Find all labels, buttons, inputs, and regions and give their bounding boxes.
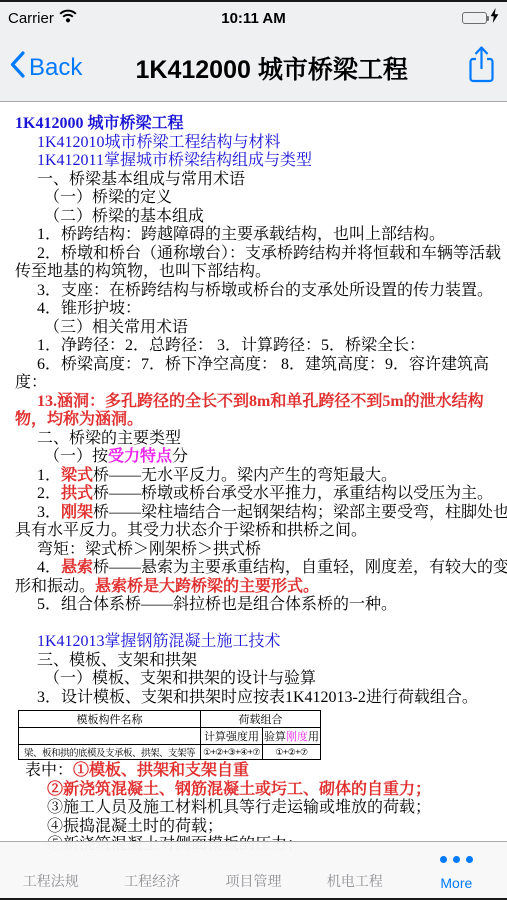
- table-cell-stiffness-combo: ①+②+⑦: [263, 745, 321, 760]
- content-line: 物，均称为涵洞。: [0, 411, 507, 430]
- share-icon: [466, 45, 497, 90]
- wifi-icon: [59, 9, 77, 28]
- tab-label: More: [440, 875, 472, 891]
- content-line: 具有水平反力。其受力状态介于梁桥和拱桥之间。: [0, 522, 507, 541]
- carrier-label: Carrier: [8, 10, 54, 27]
- tab-project-management[interactable]: 项目管理: [203, 842, 304, 898]
- navigation-bar: Back 1K412000 城市桥梁工程: [0, 34, 507, 102]
- content-line: 1K412013掌握钢筋混凝土施工技术: [0, 633, 507, 652]
- content-line: （二）桥梁的基本组成: [0, 208, 507, 227]
- tab-engineering-economics[interactable]: 工程经济: [101, 842, 202, 898]
- load-combination-table: 模板构件名称 荷载组合 计算强度用 验算刚度用 梁、板和拱的底模及支承板、拱架、…: [18, 710, 321, 760]
- app-screen: Carrier 10:11 AM: [0, 0, 507, 900]
- content-line: 表中：①模板、拱架和支架自重: [0, 762, 507, 781]
- table-cell-strength-combo: ①+②+③+④+⑦: [201, 745, 263, 760]
- content-line: 3．设计模板、支架和拱架时应按表1K412013-2进行荷载组合。: [0, 689, 507, 708]
- content-line: （一）桥梁的定义: [0, 189, 507, 208]
- content-line: 弯矩：梁式桥＞刚架桥＞拱式桥: [0, 541, 507, 560]
- content-line: 4．锥形护坡：: [0, 300, 507, 319]
- page-title: 1K412000 城市桥梁工程: [82, 50, 461, 86]
- document-scroll-view[interactable]: 1K412000 城市桥梁工程1K412010城市桥梁工程结构与材料1K4120…: [0, 103, 507, 898]
- table-header-strength: 计算强度用: [201, 728, 263, 745]
- content-line: 3．支座：在桥跨结构与桥墩或桥台的支承处所设置的传力装置。: [0, 282, 507, 301]
- tab-more[interactable]: More: [406, 842, 507, 898]
- content-line: 1K412000 城市桥梁工程: [0, 115, 507, 134]
- table-header-component-name: 模板构件名称: [19, 711, 201, 728]
- tab-mechanical-electrical[interactable]: 机电工程: [304, 842, 405, 898]
- content-line: 4．悬索桥——悬索为主要承重结构，自重轻，刚度差，有较大的变: [0, 559, 507, 578]
- content-line: ④振捣混凝土时的荷载；: [0, 818, 507, 837]
- content-line: 1．桥跨结构：跨越障碍的主要承载结构，也叫上部结构。: [0, 226, 507, 245]
- content-line: （三）相关常用术语: [0, 319, 507, 338]
- content-line: 5．组合体系桥——斜拉桥也是组合体系桥的一种。: [0, 596, 507, 615]
- clock: 10:11 AM: [138, 10, 369, 27]
- content-line: 1．梁式桥——无水平反力。梁内产生的弯矩最大。: [0, 467, 507, 486]
- content-line: 1．净跨径：2．总跨径： 3．计算跨径：5．桥梁全长：: [0, 337, 507, 356]
- more-icon: [440, 856, 473, 863]
- table-header-load-combination: 荷载组合: [201, 711, 321, 728]
- back-label: Back: [29, 54, 82, 82]
- content-line: 1K412010城市桥梁工程结构与材料: [0, 134, 507, 153]
- content-line: 1K412011掌握城市桥梁结构组成与类型: [0, 152, 507, 171]
- content-line: 2．桥墩和桥台（通称墩台）：支承桥跨结构并将恒载和车辆等活载: [0, 245, 507, 264]
- content-line: 二、桥梁的主要类型: [0, 430, 507, 449]
- document-text-upper: 1K412000 城市桥梁工程1K412010城市桥梁工程结构与材料1K4120…: [0, 115, 507, 707]
- content-line: 3．刚架桥——梁柱墙结合一起钢架结构；梁部主要受弯，柱脚处也: [0, 504, 507, 523]
- table-cell-empty: [19, 728, 201, 745]
- table-header-stiffness: 验算刚度用: [263, 728, 321, 745]
- content-line: 一、桥梁基本组成与常用术语: [0, 171, 507, 190]
- tab-label: 工程经济: [124, 871, 180, 891]
- chevron-left-icon: [10, 51, 25, 85]
- content-line: （一）模板、支架和拱架的设计与验算: [0, 670, 507, 689]
- charging-bolt-icon: [490, 8, 499, 28]
- table-cell-component: 梁、板和拱的底模及支承板、拱架、支架等: [19, 745, 201, 760]
- back-button[interactable]: Back: [10, 51, 82, 85]
- content-line: 形和振动。悬索桥是大跨桥梁的主要形式。: [0, 578, 507, 597]
- tab-construction-law[interactable]: 工程法规: [0, 842, 101, 898]
- content-line: （一）按受力特点分: [0, 448, 507, 467]
- tab-label: 机电工程: [327, 871, 383, 891]
- status-bar: Carrier 10:11 AM: [0, 2, 507, 34]
- content-line: [0, 615, 507, 634]
- content-line: 传至地基的构筑物，也叫下部结构。: [0, 263, 507, 282]
- content-line: ②新浇筑混凝土、钢筋混凝土或圬工、砌体的自重力；: [0, 781, 507, 800]
- tab-bar: 工程法规 工程经济 项目管理 机电工程 More: [0, 841, 507, 898]
- content-line: 6．桥梁高度：7．桥下净空高度： 8．建筑高度：9．容许建筑高: [0, 356, 507, 375]
- content-line: 2．拱式桥——桥墩或桥台承受水平推力，承重结构以受压为主。: [0, 485, 507, 504]
- content-line: 13.涵洞：多孔跨径的全长不到8m和单孔跨径不到5m的泄水结构: [0, 393, 507, 412]
- battery-icon: [462, 12, 487, 24]
- tab-label: 工程法规: [23, 871, 79, 891]
- share-button[interactable]: [461, 45, 497, 90]
- content-line: 度：: [0, 374, 507, 393]
- content-line: 三、模板、支架和拱架: [0, 652, 507, 671]
- content-line: ③施工人员及施工材料机具等行走运输或堆放的荷载；: [0, 799, 507, 818]
- tab-label: 项目管理: [226, 871, 282, 891]
